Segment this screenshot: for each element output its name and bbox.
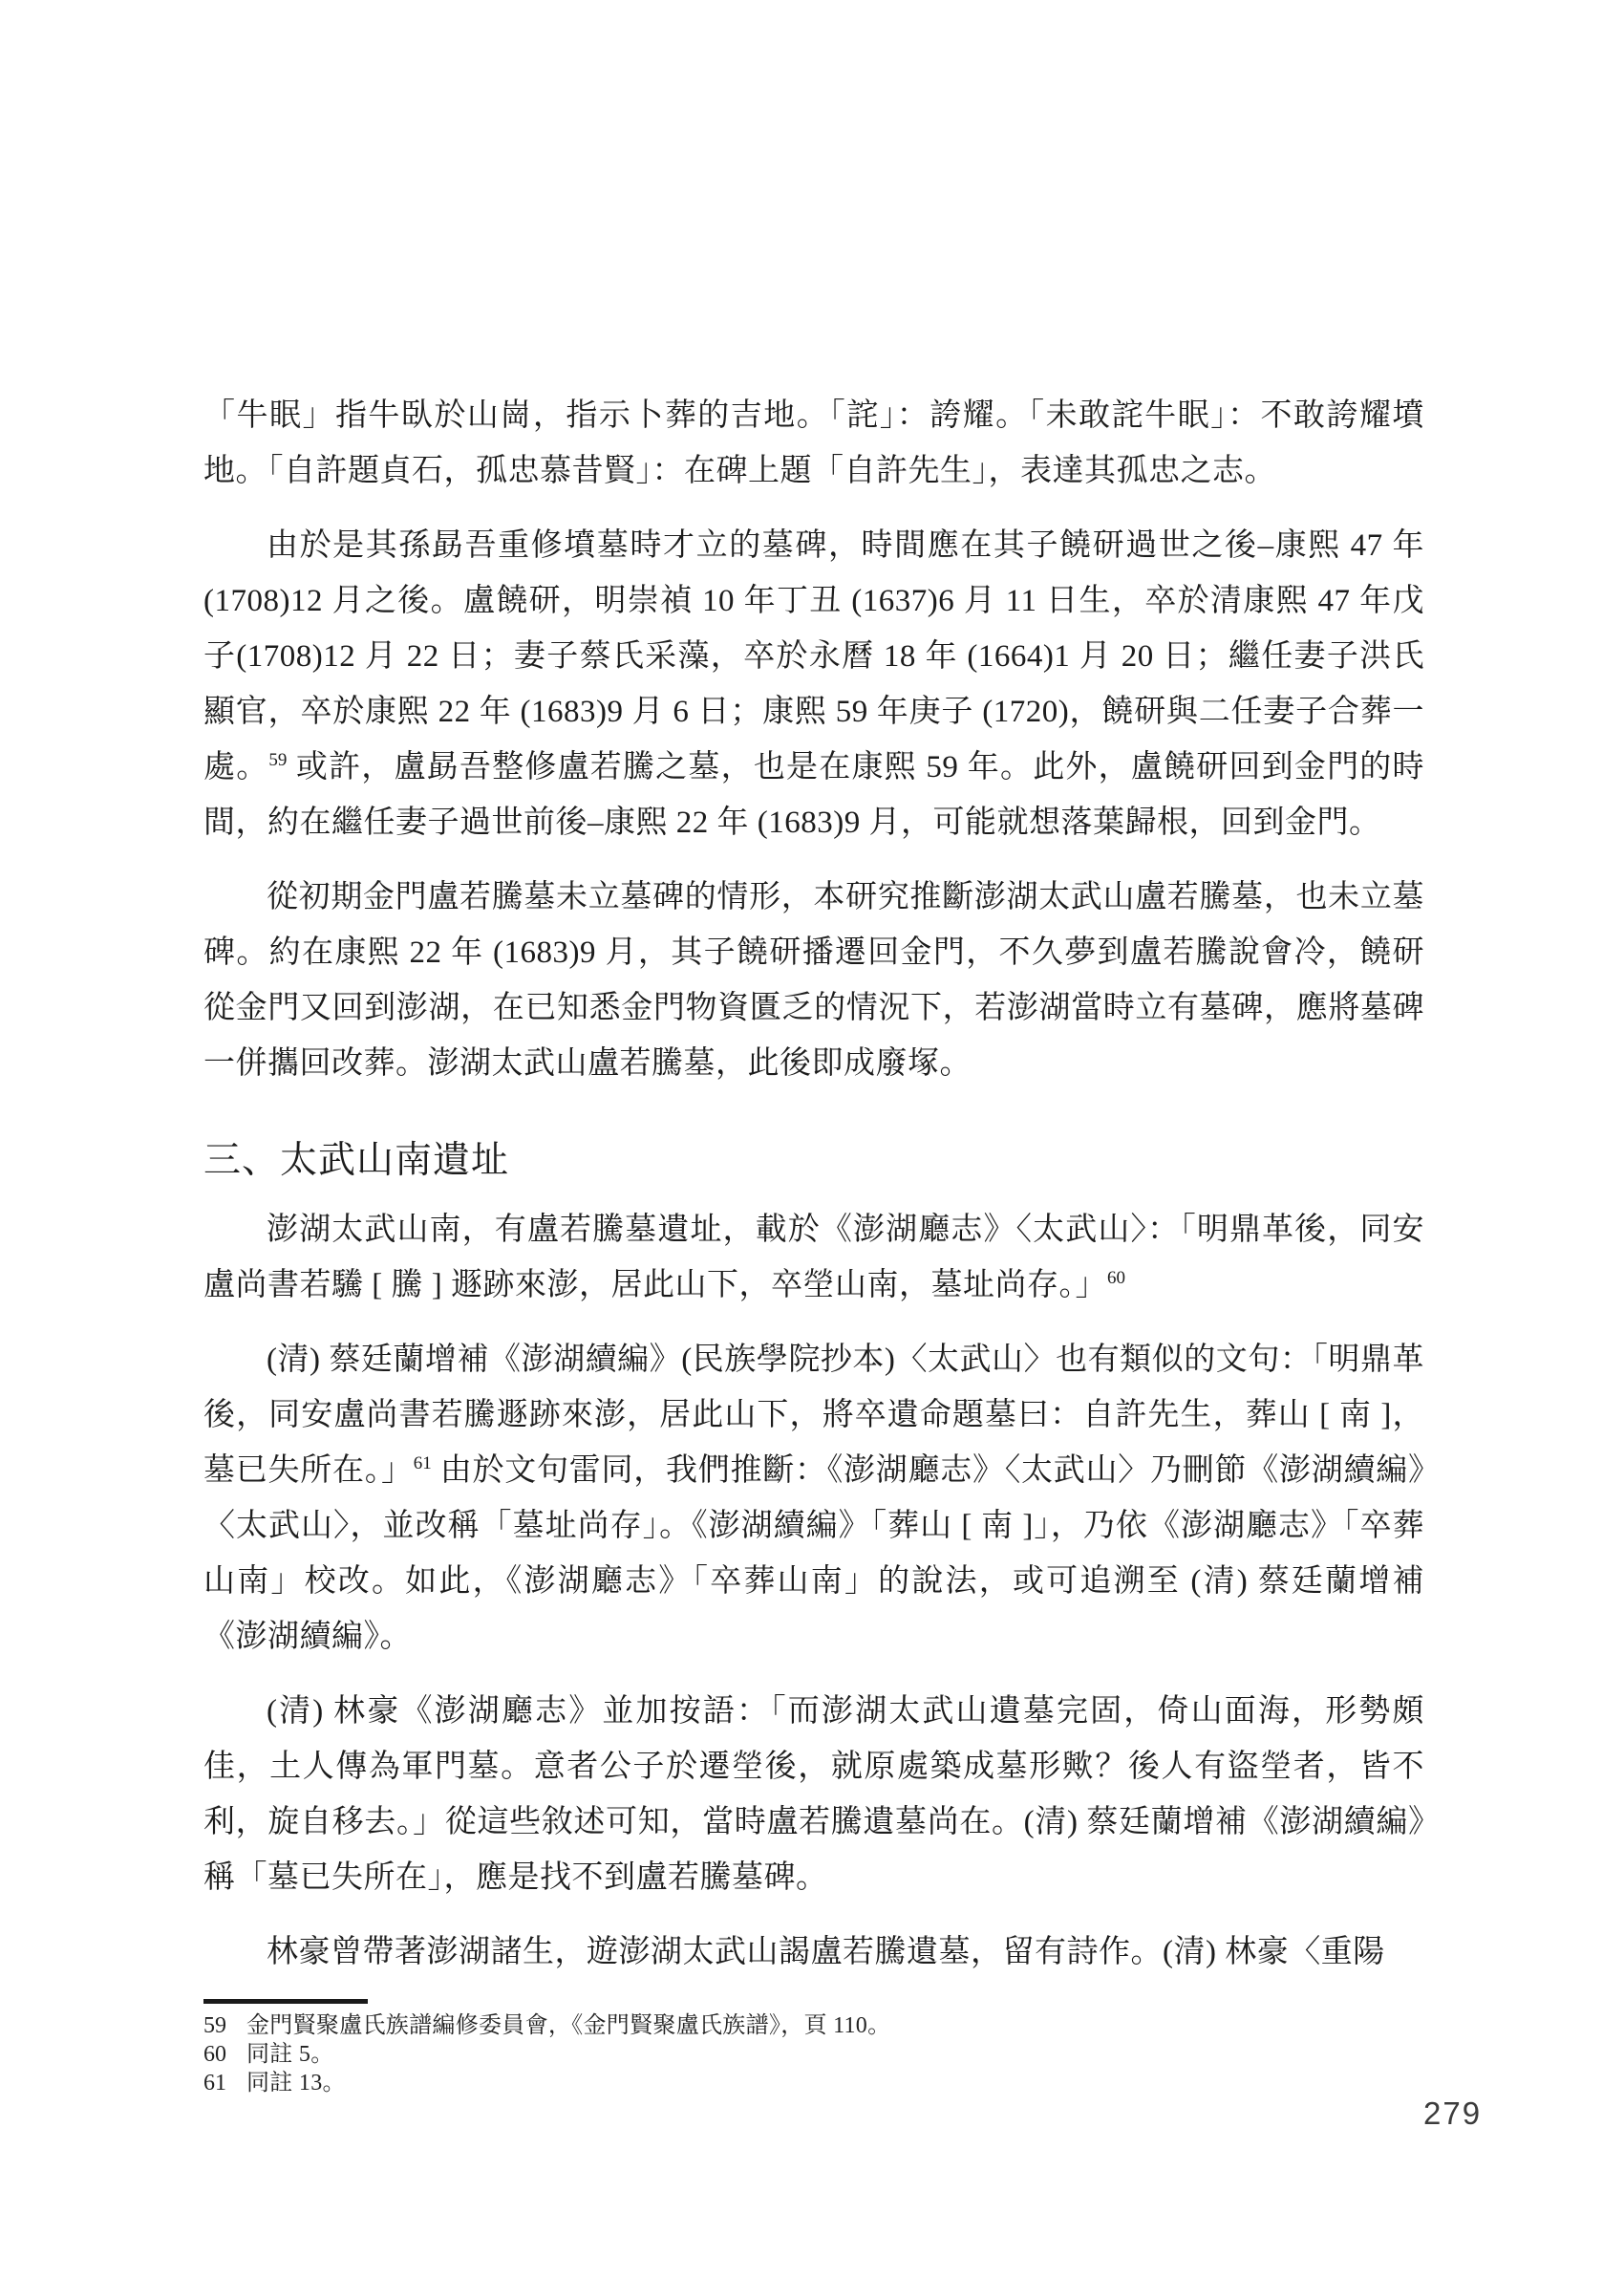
footnote-ref-61: 61 [414, 1453, 432, 1473]
paragraph-text: 「牛眠」指牛臥於山崗，指示卜葬的吉地。「詫」：誇耀。「未敢詫牛眠」：不敢誇耀墳地… [203, 398, 1424, 488]
section-heading: 三、太武山南遺址 [203, 1133, 1424, 1189]
footnote-separator [203, 1999, 368, 2004]
footnote-number: 61 [203, 2069, 246, 2097]
footnote-ref-60: 60 [1107, 1268, 1125, 1288]
paragraph-text: 由於是其孫勗吾重修墳墓時才立的墓碑，時間應在其子饒研過世之後–康熙 47 年(1… [203, 528, 1424, 784]
footnote-text: 金門賢聚盧氏族譜編修委員會，《金門賢聚盧氏族譜》，頁 110。 [246, 2011, 1424, 2040]
paragraph-6: (清) 林豪《澎湖廳志》並加按語：「而澎湖太武山遺墓完固，倚山面海，形勢頗佳，土… [203, 1684, 1424, 1905]
footnote-text: 同註 13。 [246, 2069, 1424, 2097]
paragraph-5: (清) 蔡廷蘭增補《澎湖續編》(民族學院抄本)〈太武山〉也有類似的文句：「明鼎革… [203, 1332, 1424, 1665]
paragraph-7: 林豪曾帶著澎湖諸生，遊澎湖太武山謁盧若騰遺墓，留有詩作。(清) 林豪〈重陽 [203, 1924, 1424, 1980]
footnote-60: 60 同註 5。 [203, 2040, 1424, 2069]
paragraph-text: (清) 林豪《澎湖廳志》並加按語：「而澎湖太武山遺墓完固，倚山面海，形勢頗佳，土… [203, 1694, 1424, 1895]
footnote-text: 同註 5。 [246, 2040, 1424, 2069]
footnote-number: 60 [203, 2040, 246, 2069]
paragraph-text: 從初期金門盧若騰墓未立墓碑的情形，本研究推斷澎湖太武山盧若騰墓，也未立墓碑。約在… [203, 880, 1424, 1081]
body-text: 「牛眠」指牛臥於山崗，指示卜葬的吉地。「詫」：誇耀。「未敢詫牛眠」：不敢誇耀墳地… [203, 388, 1424, 2097]
footnote-ref-59: 59 [268, 750, 287, 770]
paragraph-2: 由於是其孫勗吾重修墳墓時才立的墓碑，時間應在其子饒研過世之後–康熙 47 年(1… [203, 518, 1424, 850]
paragraph-text: 林豪曾帶著澎湖諸生，遊澎湖太武山謁盧若騰遺墓，留有詩作。(清) 林豪〈重陽 [267, 1935, 1385, 1969]
document-page: 「牛眠」指牛臥於山崗，指示卜葬的吉地。「詫」：誇耀。「未敢詫牛眠」：不敢誇耀墳地… [0, 0, 1624, 2278]
footnote-59: 59 金門賢聚盧氏族譜編修委員會，《金門賢聚盧氏族譜》，頁 110。 [203, 2011, 1424, 2040]
paragraph-1: 「牛眠」指牛臥於山崗，指示卜葬的吉地。「詫」：誇耀。「未敢詫牛眠」：不敢誇耀墳地… [203, 388, 1424, 499]
paragraph-text: 澎湖太武山南，有盧若騰墓遺址，載於《澎湖廳志》〈太武山〉：「明鼎革後，同安盧尚書… [203, 1213, 1424, 1302]
paragraph-text: 或許，盧勗吾整修盧若騰之墓，也是在康熙 59 年。此外，盧饒研回到金門的時間，約… [203, 750, 1424, 840]
footnote-number: 59 [203, 2011, 246, 2040]
footnotes-section: 59 金門賢聚盧氏族譜編修委員會，《金門賢聚盧氏族譜》，頁 110。 60 同註… [203, 1999, 1424, 2097]
paragraph-3: 從初期金門盧若騰墓未立墓碑的情形，本研究推斷澎湖太武山盧若騰墓，也未立墓碑。約在… [203, 870, 1424, 1091]
footnote-61: 61 同註 13。 [203, 2069, 1424, 2097]
paragraph-4: 澎湖太武山南，有盧若騰墓遺址，載於《澎湖廳志》〈太武山〉：「明鼎革後，同安盧尚書… [203, 1202, 1424, 1313]
page-number: 279 [1423, 2095, 1482, 2132]
